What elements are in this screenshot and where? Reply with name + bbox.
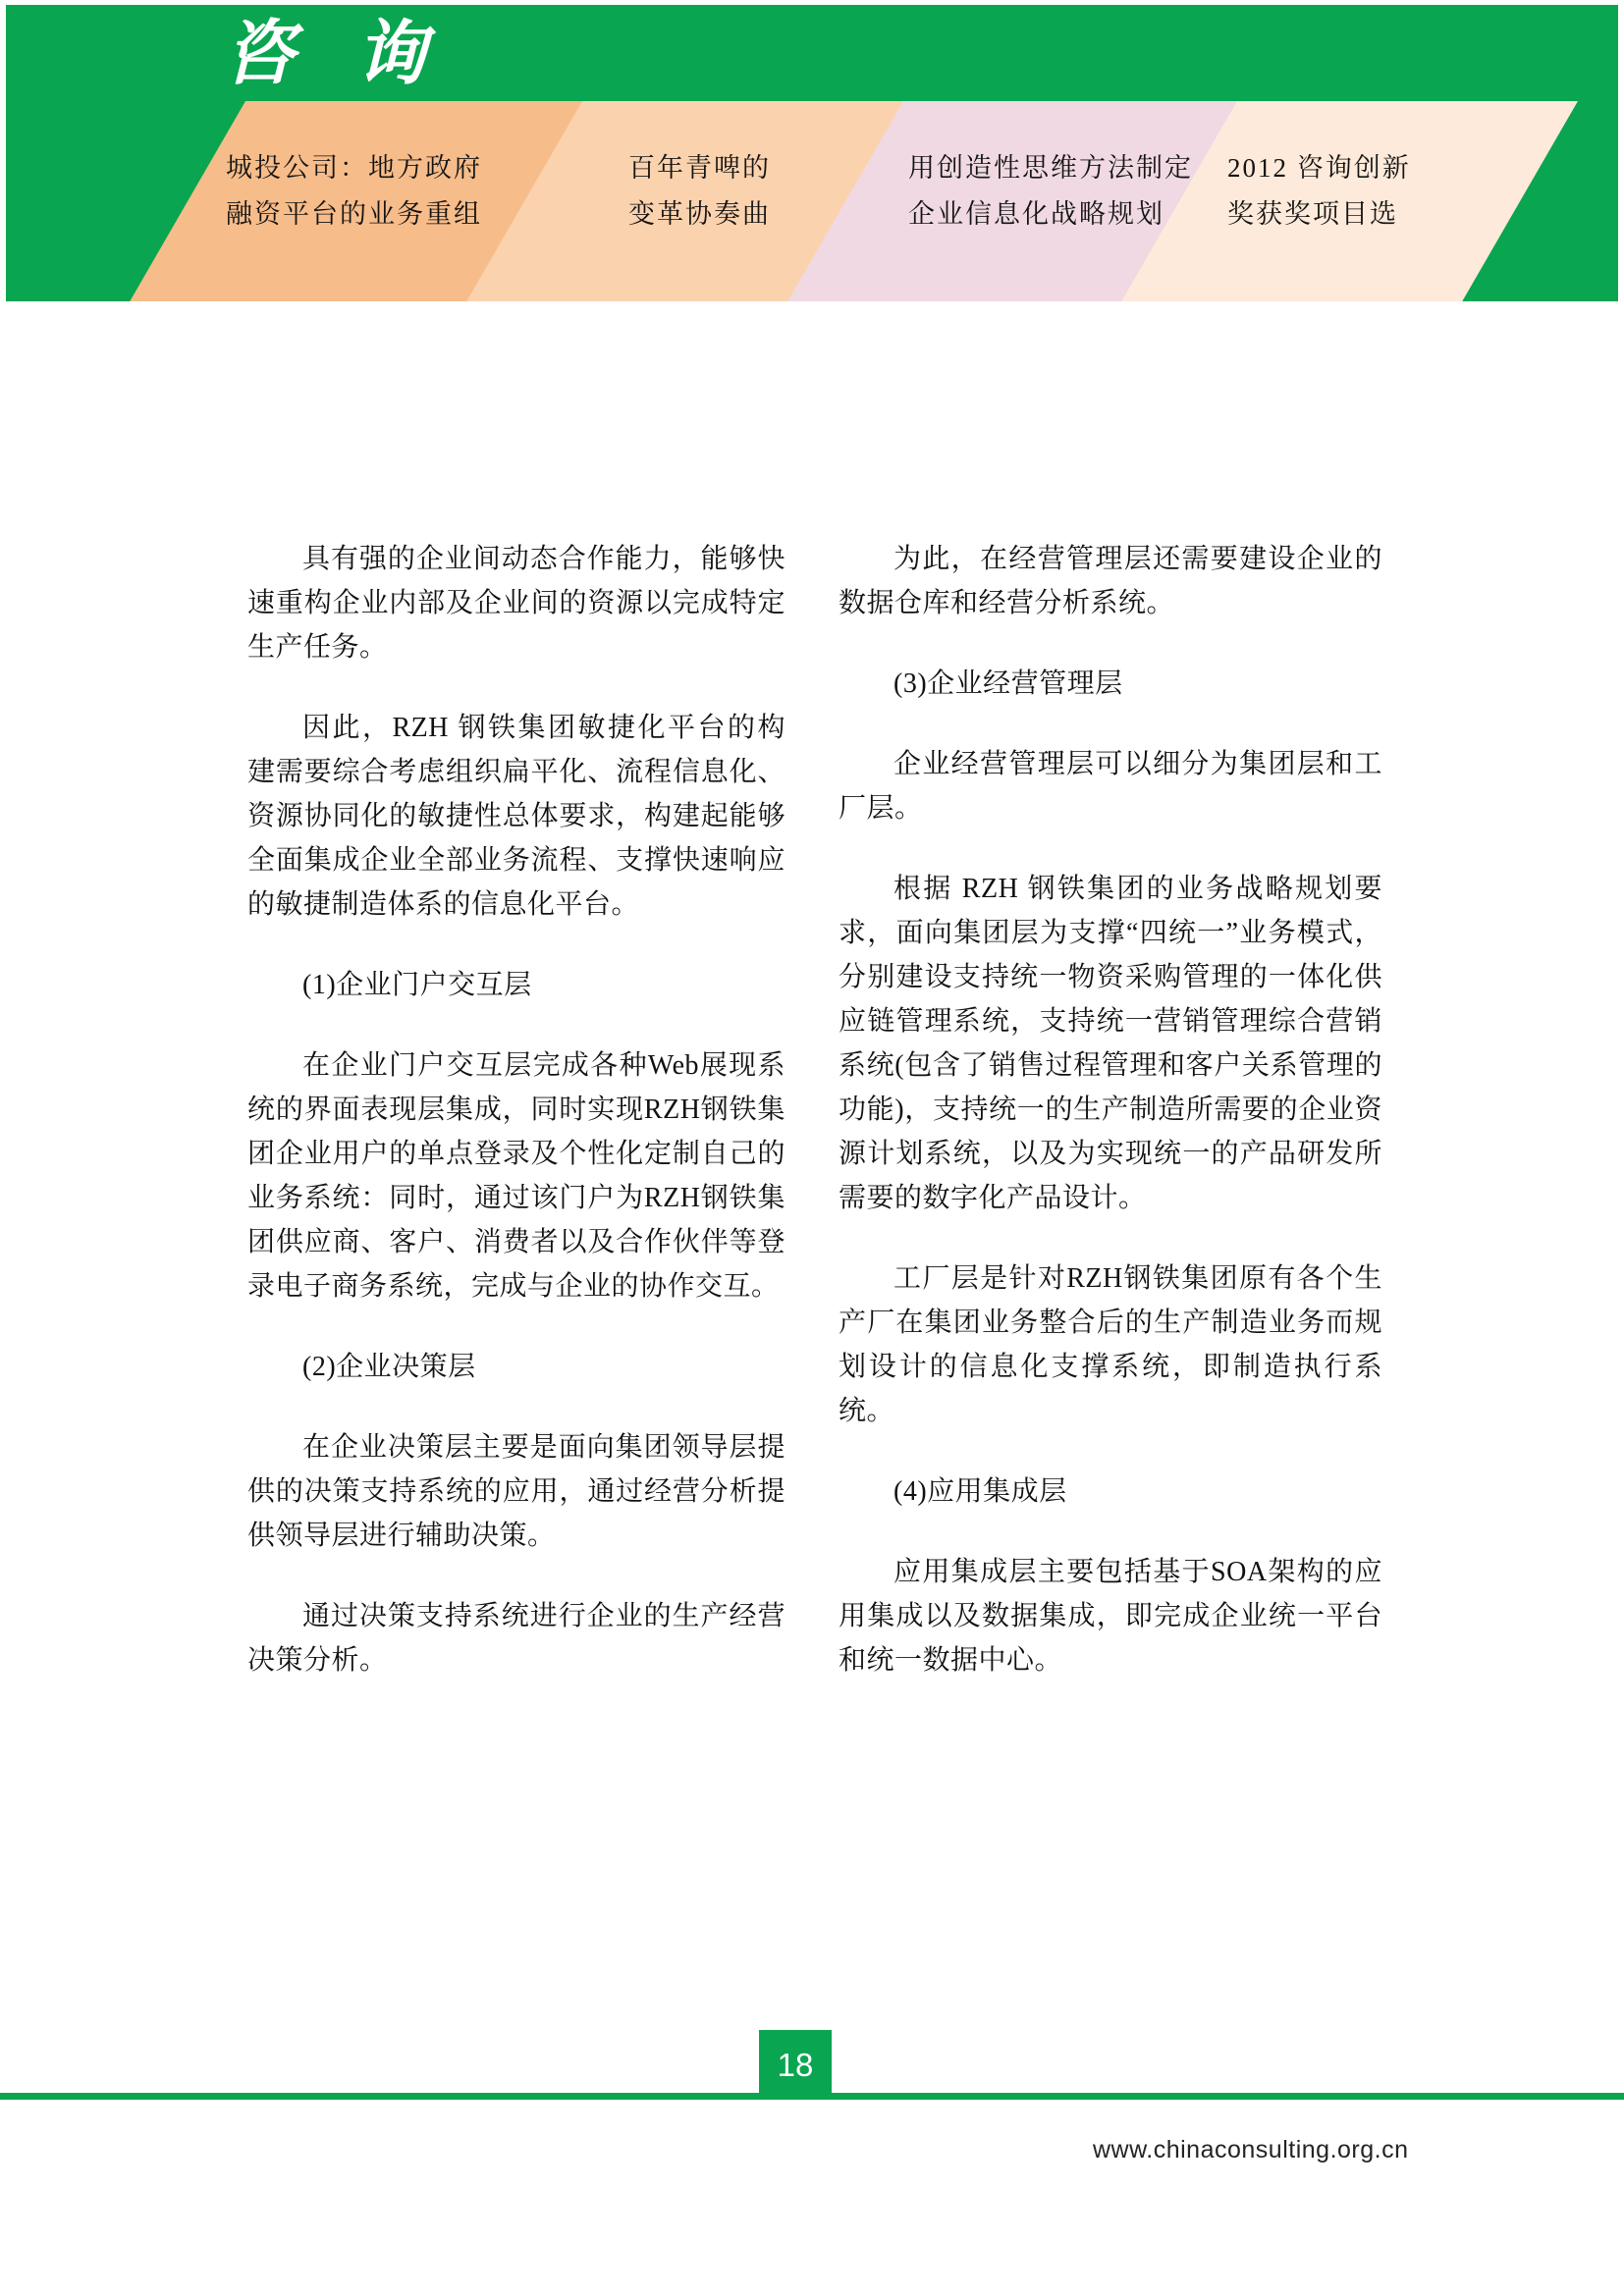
- paragraph: 在企业决策层主要是面向集团领导层提供的决策支持系统的应用，通过经营分析提供领导层…: [247, 1425, 785, 1558]
- paragraph: 工厂层是针对RZH钢铁集团原有各个生产厂在集团业务整合后的生产制造业务而规划设计…: [839, 1256, 1382, 1433]
- section-heading: (2)企业决策层: [247, 1345, 785, 1389]
- banner-topic-label-line: 奖获奖项目选: [1227, 191, 1411, 238]
- banner-topic-label-1: 城投公司：地方政府融资平台的业务重组: [226, 145, 482, 238]
- section-heading: (3)企业经营管理层: [839, 662, 1382, 706]
- banner-topic-label-2: 百年青啤的变革协奏曲: [628, 145, 771, 238]
- banner-topic-label-line: 融资平台的业务重组: [226, 191, 482, 238]
- article-body: 具有强的企业间动态合作能力，能够快速重构企业内部及企业间的资源以完成特定生产任务…: [247, 537, 1382, 1682]
- paragraph: 具有强的企业间动态合作能力，能够快速重构企业内部及企业间的资源以完成特定生产任务…: [247, 537, 785, 669]
- article-column-right: 为此，在经营管理层还需要建设企业的数据仓库和经营分析系统。(3)企业经营管理层企…: [839, 537, 1382, 1682]
- banner-topic-label-line: 2012 咨询创新: [1227, 145, 1411, 191]
- paragraph: 因此，RZH 钢铁集团敏捷化平台的构建需要综合考虑组织扁平化、流程信息化、资源协…: [247, 706, 785, 927]
- section-heading: (1)企业门户交互层: [247, 963, 785, 1007]
- banner-topic-label-line: 百年青啤的: [628, 145, 771, 191]
- magazine-title: 咨询: [224, 7, 487, 101]
- banner-topic-label-line: 用创造性思维方法制定: [908, 145, 1193, 191]
- paragraph: 为此，在经营管理层还需要建设企业的数据仓库和经营分析系统。: [839, 537, 1382, 625]
- paragraph: 根据 RZH 钢铁集团的业务战略规划要求，面向集团层为支撑“四统一”业务模式，分…: [839, 867, 1382, 1220]
- banner-topic-label-3: 用创造性思维方法制定企业信息化战略规划: [908, 145, 1193, 238]
- paragraph: 在企业门户交互层完成各种Web展现系统的界面表现层集成，同时实现RZH钢铁集团企…: [247, 1043, 785, 1308]
- topics-banner: 城投公司：地方政府融资平台的业务重组百年青啤的变革协奏曲用创造性思维方法制定企业…: [6, 101, 1618, 301]
- page-number: 18: [778, 2047, 814, 2084]
- banner-topic-label-line: 变革协奏曲: [628, 191, 771, 238]
- page-number-badge: 18: [759, 2030, 832, 2100]
- magazine-page: 咨询 城投公司：地方政府融资平台的业务重组百年青啤的变革协奏曲用创造性思维方法制…: [0, 0, 1624, 2296]
- banner-topic-label-line: 城投公司：地方政府: [226, 145, 482, 191]
- article-column-left: 具有强的企业间动态合作能力，能够快速重构企业内部及企业间的资源以完成特定生产任务…: [247, 537, 785, 1682]
- page-header: 咨询 城投公司：地方政府融资平台的业务重组百年青啤的变革协奏曲用创造性思维方法制…: [6, 5, 1618, 301]
- section-heading: (4)应用集成层: [839, 1469, 1382, 1514]
- banner-topic-label-4: 2012 咨询创新奖获奖项目选: [1227, 145, 1411, 238]
- paragraph: 企业经营管理层可以细分为集团层和工厂层。: [839, 742, 1382, 830]
- banner-topic-label-line: 企业信息化战略规划: [908, 191, 1193, 238]
- paragraph: 应用集成层主要包括基于SOA架构的应用集成以及数据集成，即完成企业统一平台和统一…: [839, 1550, 1382, 1682]
- paragraph: 通过决策支持系统进行企业的生产经营决策分析。: [247, 1594, 785, 1682]
- website-url: www.chinaconsulting.org.cn: [1093, 2136, 1409, 2164]
